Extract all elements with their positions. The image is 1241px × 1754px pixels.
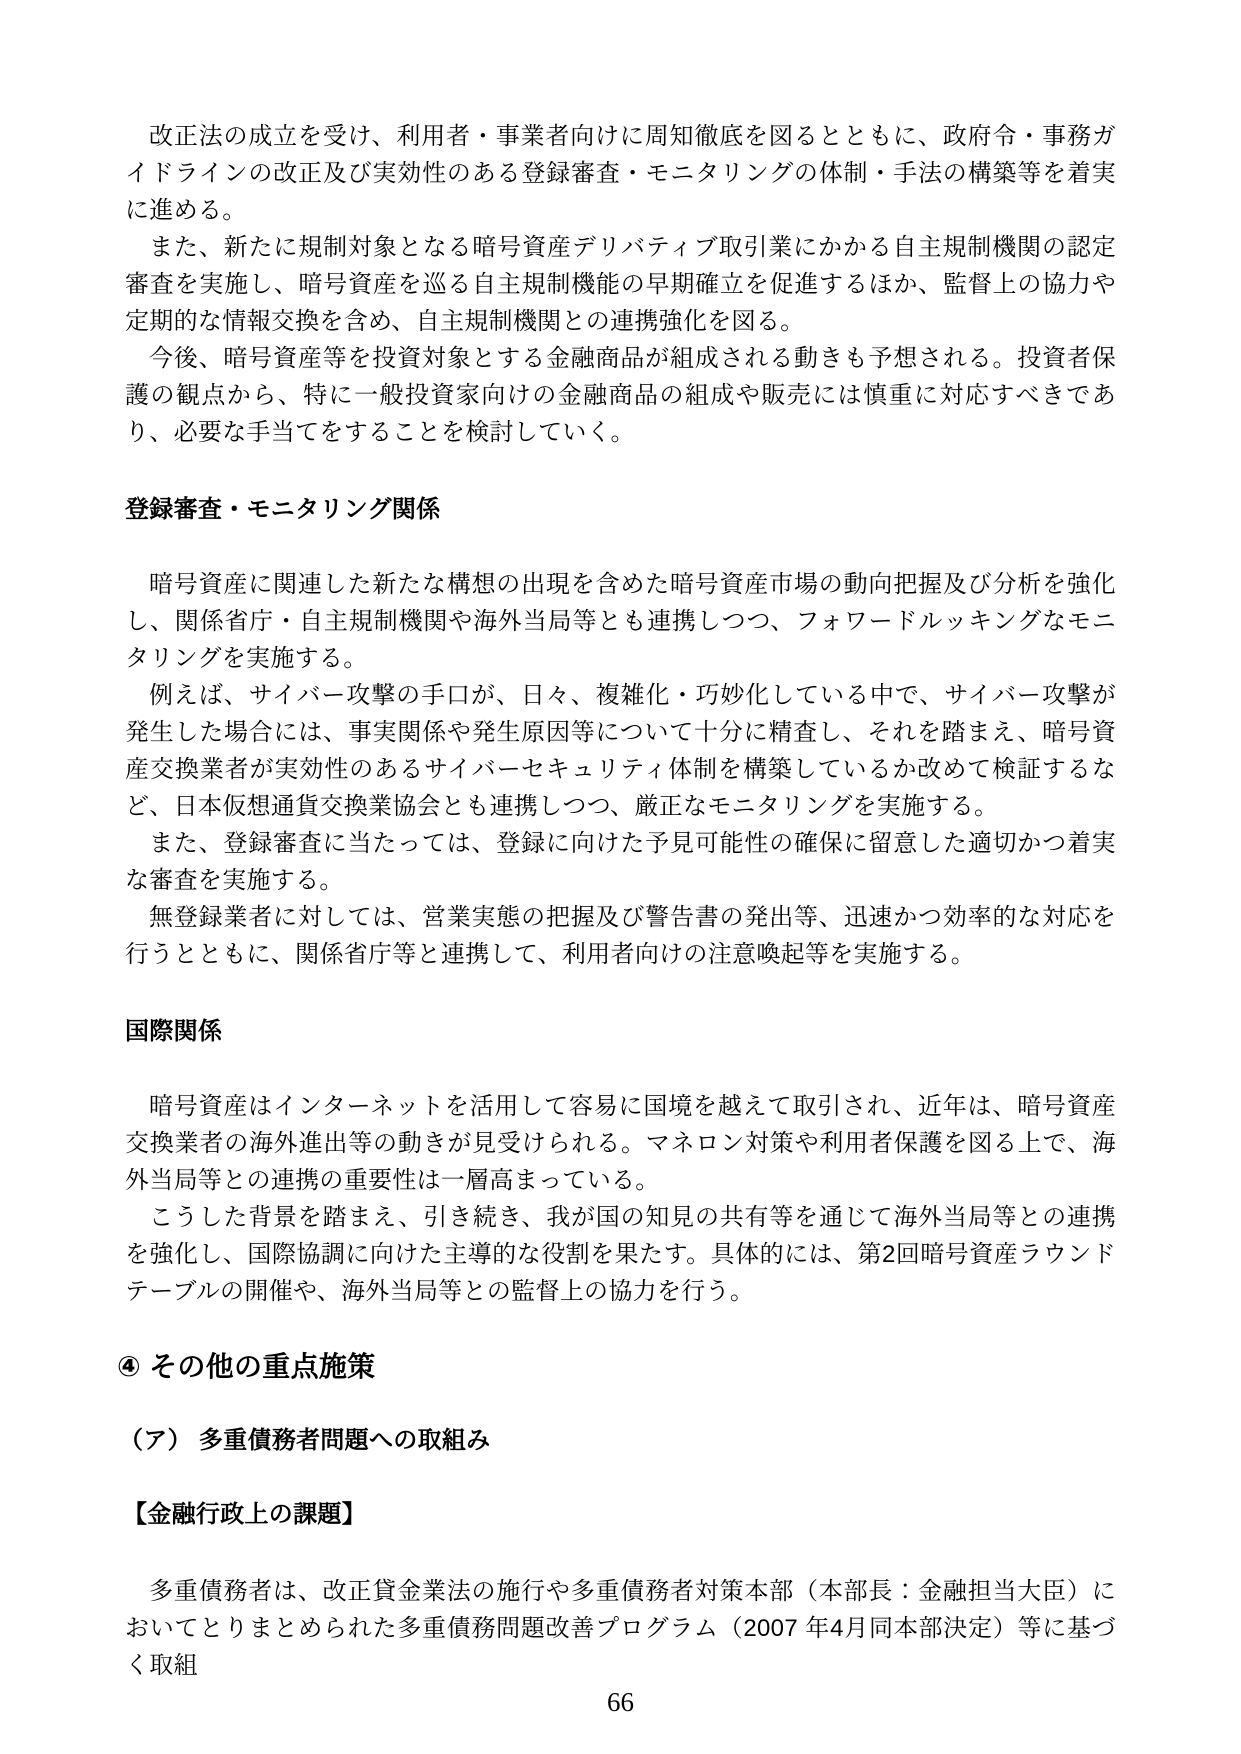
registration-paragraph-1: 暗号資産に関連した新たな構想の出現を含めた暗号資産市場の動向把握及び分析を強化し… xyxy=(125,566,1116,677)
intro-paragraph-2: また、新たに規制対象となる暗号資産デリバティブ取引業にかかる自主規制機関の認定審… xyxy=(125,229,1116,340)
sub-heading-multiple-debtors: （ア） 多重債務者問題への取組み xyxy=(119,1422,1116,1459)
registration-paragraph-4: 無登録業者に対しては、営業実態の把握及び警告書の発出等、迅速かつ効率的な対応を行… xyxy=(125,899,1116,973)
international-paragraph-1: 暗号資産はインターネットを活用して容易に国境を越えて取引され、近年は、暗号資産交… xyxy=(125,1088,1116,1199)
section-heading-international: 国際関係 xyxy=(125,1013,1116,1050)
numbered-heading-other-key-measures: ④ その他の重点施策 xyxy=(117,1346,1116,1388)
section-heading-registration-monitoring: 登録審査・モニタリング関係 xyxy=(125,491,1116,528)
intro-paragraph-1: 改正法の成立を受け、利用者・事業者向けに周知徹底を図るとともに、政府令・事務ガイ… xyxy=(125,118,1116,229)
document-page: 改正法の成立を受け、利用者・事業者向けに周知徹底を図るとともに、政府令・事務ガイ… xyxy=(0,0,1241,1754)
intro-paragraph-3: 今後、暗号資産等を投資対象とする金融商品が組成される動きも予想される。投資者保護… xyxy=(125,340,1116,451)
page-number: 66 xyxy=(0,1689,1241,1716)
registration-paragraph-3: また、登録審査に当たっては、登録に向けた予見可能性の確保に留意した適切かつ着実な… xyxy=(125,825,1116,899)
registration-paragraph-2: 例えば、サイバー攻撃の手口が、日々、複雑化・巧妙化している中で、サイバー攻撃が発… xyxy=(125,677,1116,825)
bracket-heading-financial-administration-issues: 【金融行政上の課題】 xyxy=(123,1496,1116,1533)
closing-paragraph: 多重債務者は、改正貸金業法の施行や多重債務者対策本部（本部長：金融担当大臣）にお… xyxy=(125,1573,1116,1684)
international-paragraph-2: こうした背景を踏まえ、引き続き、我が国の知見の共有等を通じて海外当局等との連携を… xyxy=(125,1199,1116,1310)
